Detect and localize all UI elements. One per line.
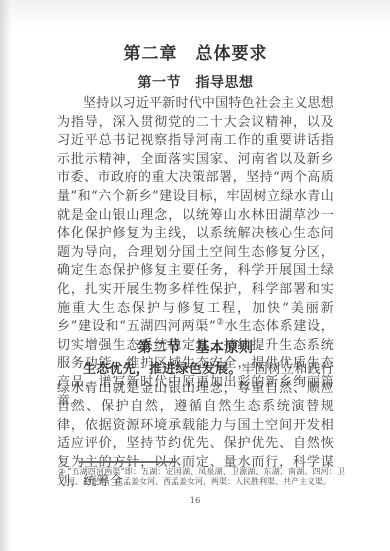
footnote-separator-rule (79, 461, 176, 463)
chapter-title: 第二章 总体要求 (57, 44, 334, 64)
scan-top-shadow (0, 0, 390, 30)
footnote-text: “五湖四河两渠”即：五湖：定国湖、凤泉湖、卫源湖、东湖、南湖。四河：卫河、赵定河… (67, 467, 345, 486)
section-2-paragraph-lead: 生态优先，推进绿色发展。 (83, 362, 242, 377)
document-page: 第二章 总体要求 第一节 指导思想 坚持以习近平新时代中国特色社会主义思想为指导… (0, 0, 390, 551)
footnote: ②“五湖四河两渠”即：五湖：定国湖、凤泉湖、卫源湖、东湖、南湖。四河：卫河、赵定… (58, 467, 345, 486)
section-2-title: 第二节 基本原则 (57, 340, 334, 357)
footnote-marker: ② (58, 467, 65, 476)
page-number: 16 (0, 496, 390, 506)
scan-left-shadow (0, 0, 11, 551)
section-1-paragraph-text-before-ref: 坚持以习近平新时代中国特色社会主义思想为指导，深入贯彻党的二十大会议精神，以及习… (57, 96, 334, 334)
section-1-title: 第一节 指导思想 (57, 75, 334, 92)
footnote-reference-mark: ② (216, 318, 225, 328)
